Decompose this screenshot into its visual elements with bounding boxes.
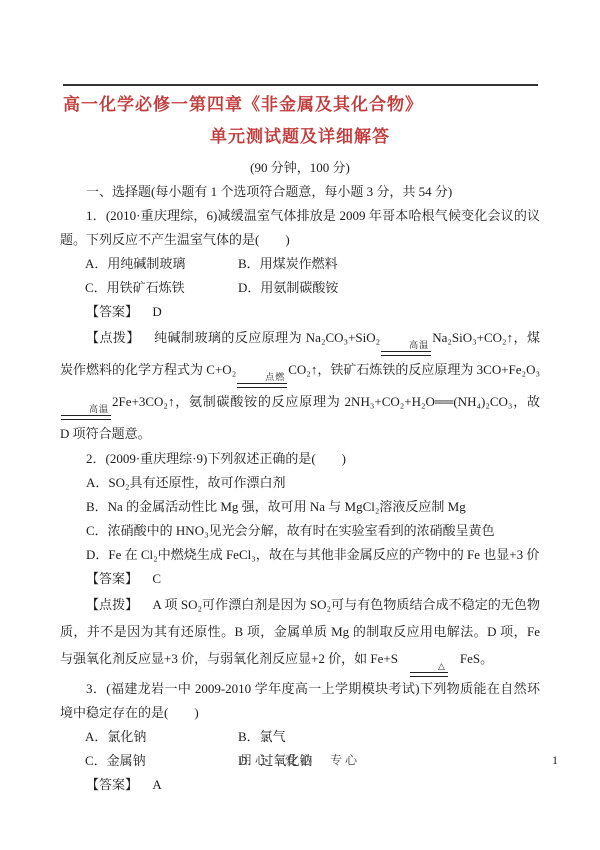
analysis-text: 纯碱制玻璃的反应原理为 Na₂CO₃+SiO₂	[154, 330, 380, 345]
question-1-option-c: C．用铁矿石炼铁	[85, 276, 238, 300]
question-1-option-b: B．用煤炭作燃料	[238, 252, 540, 276]
question-3-option-a: A．氯化钠	[85, 725, 238, 749]
question-3-answer-line: 【答案】A	[60, 773, 540, 797]
question-1-option-a: A．用纯碱制玻璃	[85, 252, 238, 276]
question-3-answer-value: A	[152, 777, 161, 792]
question-2-answer-value: C	[152, 571, 161, 586]
document-title-line1: 高一化学必修一第四章《非金属及其化合物》	[63, 93, 540, 117]
analysis-text: CO₂↑，铁矿石炼铁的反应原理为 3CO+Fe₂O₃	[288, 362, 540, 377]
reaction-condition-delta: △	[410, 662, 448, 677]
answer-label: 【答案】	[86, 571, 138, 586]
page-number: 1	[552, 752, 558, 768]
header-divider	[63, 84, 538, 86]
analysis-text: FeS。	[460, 651, 493, 666]
answer-label: 【答案】	[86, 304, 138, 319]
question-2-option-d: D．Fe 在 Cl₂中燃烧生成 FeCl₃，故在与其他非金属反应的产物中的 Fe…	[60, 543, 540, 567]
question-2-option-c: C．浓硝酸中的 HNO₃见光会分解，故有时在实验室看到的浓硝酸呈黄色	[60, 519, 540, 543]
analysis-label: 【点拨】	[86, 330, 140, 345]
question-1-analysis: 【点拨】纯碱制玻璃的反应原理为 Na₂CO₃+SiO₂高温Na₂SiO₃+CO₂…	[60, 324, 540, 447]
analysis-text: 2Fe+3CO₂↑，氨制碳酸铵的反应原理为 2NH₃+CO₂+H₂O══(NH₄…	[60, 394, 540, 441]
question-2-analysis: 【点拨】A 项 SO₂可作漂白剂是因为 SO₂可与有色物质结合成不稳定的无色物质…	[60, 591, 540, 677]
reaction-condition-gaowen-1: 高温	[381, 341, 431, 356]
question-2-answer-line: 【答案】C	[60, 567, 540, 591]
reaction-condition-dianran: 点燃	[237, 373, 287, 388]
question-1-options: A．用纯碱制玻璃 B．用煤炭作燃料 C．用铁矿石炼铁 D．用氨制碳酸铵	[85, 252, 540, 300]
condition-text: 点燃	[237, 373, 287, 382]
section-heading: 一、选择题(每小题有 1 个选项符合题意，每小题 3 分，共 54 分)	[60, 180, 540, 204]
answer-label: 【答案】	[86, 777, 138, 792]
analysis-label: 【点拨】	[86, 597, 138, 612]
question-1-option-d: D．用氨制碳酸铵	[238, 276, 540, 300]
double-line	[61, 415, 111, 420]
question-3-option-b: B．氯气	[238, 725, 540, 749]
condition-text: 高温	[61, 405, 111, 414]
question-2-option-b: B．Na 的金属活动性比 Mg 强，故可用 Na 与 MgCl₂溶液反应制 Mg	[60, 495, 540, 519]
footer-motto: 用心 爱心 专心	[60, 752, 540, 768]
document-title-line2: 单元测试题及详细解答	[60, 125, 540, 149]
question-2-option-a: A．SO₂具有还原性，故可作漂白剂	[60, 471, 540, 495]
condition-text: △	[410, 662, 448, 671]
question-1-answer-line: 【答案】D	[60, 300, 540, 324]
question-1-stem: 1．(2010·重庆理综，6)减缓温室气体排放是 2009 年哥本哈根气候变化会…	[60, 204, 540, 252]
question-3-stem: 3．(福建龙岩一中 2009-2010 学年度高一上学期模块考试)下列物质能在自…	[60, 677, 540, 725]
exam-duration-score: (90 分钟，100 分)	[60, 159, 540, 177]
condition-text: 高温	[381, 341, 431, 350]
question-1-answer-value: D	[152, 304, 161, 319]
page-footer: 用心 爱心 专心 1	[60, 752, 540, 770]
question-2-stem: 2．(2009·重庆理综·9)下列叙述正确的是( )	[60, 447, 540, 471]
reaction-condition-gaowen-2: 高温	[61, 405, 111, 420]
double-line	[381, 351, 431, 356]
double-line	[237, 383, 287, 388]
document-page: 高一化学必修一第四章《非金属及其化合物》 单元测试题及详细解答 (90 分钟，1…	[0, 0, 600, 850]
